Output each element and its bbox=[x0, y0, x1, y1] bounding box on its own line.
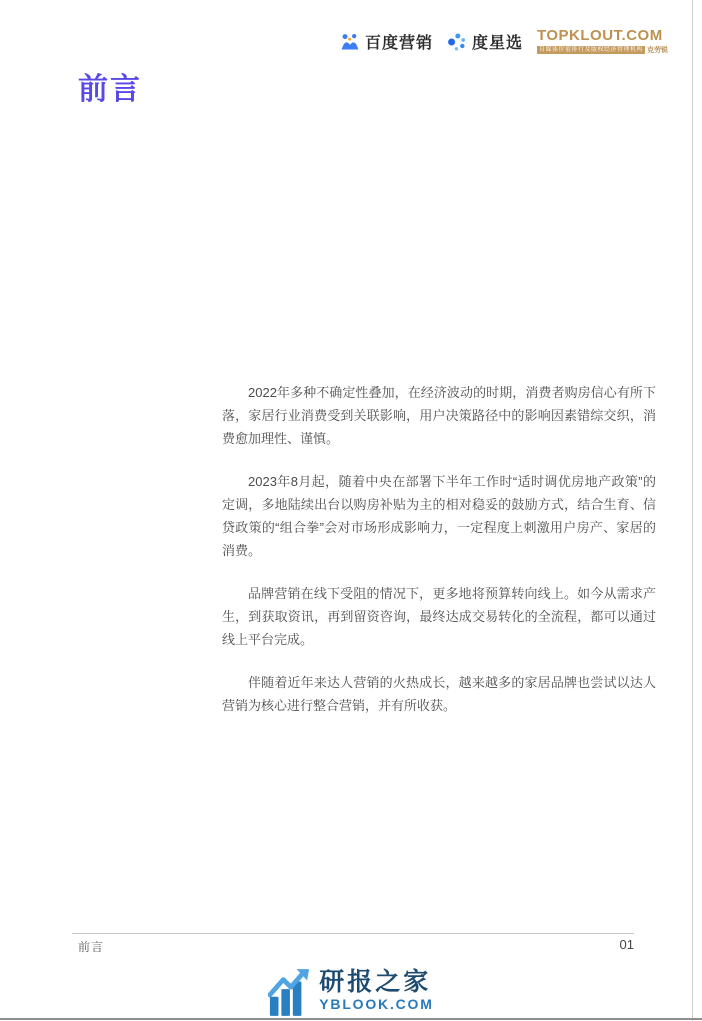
page-title: 前言 bbox=[78, 64, 142, 108]
page-right-edge bbox=[692, 0, 693, 1021]
paragraph-1: 2022年多种不确定性叠加，在经济波动的时期，消费者购房信心有所下落，家居行业消… bbox=[222, 381, 656, 450]
topklout-logo: TOPKLOUT.COM 自媒体价值排行及版权经济管理机构 克劳锐 bbox=[537, 28, 668, 55]
document-page: 百度营销 度星选 TOPKLOUT.COM 自媒体价值排行及版权经济管理机构 克… bbox=[0, 0, 702, 1021]
paragraph-3: 品牌营销在线下受阻的情况下，更多地将预算转向线上。如今从需求产生，到获取资讯，再… bbox=[222, 582, 656, 651]
bar-chart-arrow-icon bbox=[268, 968, 310, 1016]
body-text: 2022年多种不确定性叠加，在经济波动的时期，消费者购房信心有所下落，家居行业消… bbox=[222, 381, 656, 737]
duxingxuan-logo: 度星选 bbox=[447, 30, 523, 53]
baidu-marketing-logo: 百度营销 bbox=[340, 30, 433, 53]
baidu-marketing-label: 百度营销 bbox=[365, 30, 433, 53]
duxingxuan-icon bbox=[447, 32, 467, 52]
footer-divider bbox=[72, 933, 634, 934]
duxingxuan-label: 度星选 bbox=[472, 30, 523, 53]
paragraph-4: 伴随着近年来达人营销的火热成长，越来越多的家居品牌也尝试以达人营销为核心进行整合… bbox=[222, 671, 656, 717]
yblook-logo: 研报之家 YBLOOK.COM bbox=[0, 968, 702, 1016]
topklout-tagline-bar: 自媒体价值排行及版权经济管理机构 bbox=[537, 46, 645, 54]
page-bottom-edge bbox=[0, 1018, 702, 1020]
topklout-wordmark: TOPKLOUT.COM bbox=[537, 28, 663, 43]
yblook-text: 研报之家 YBLOOK.COM bbox=[319, 968, 433, 1013]
topklout-suffix: 克劳锐 bbox=[647, 45, 668, 55]
footer-page-number: 01 bbox=[72, 937, 634, 952]
yblook-site: YBLOOK.COM bbox=[319, 996, 433, 1013]
paragraph-2: 2023年8月起，随着中央在部署下半年工作时“适时调优房地产政策”的定调，多地陆… bbox=[222, 470, 656, 562]
baidu-marketing-icon bbox=[340, 32, 360, 52]
yblook-name: 研报之家 bbox=[319, 968, 433, 996]
header-logos: 百度营销 度星选 TOPKLOUT.COM 自媒体价值排行及版权经济管理机构 克… bbox=[340, 28, 668, 55]
topklout-tagline: 自媒体价值排行及版权经济管理机构 克劳锐 bbox=[537, 45, 668, 55]
